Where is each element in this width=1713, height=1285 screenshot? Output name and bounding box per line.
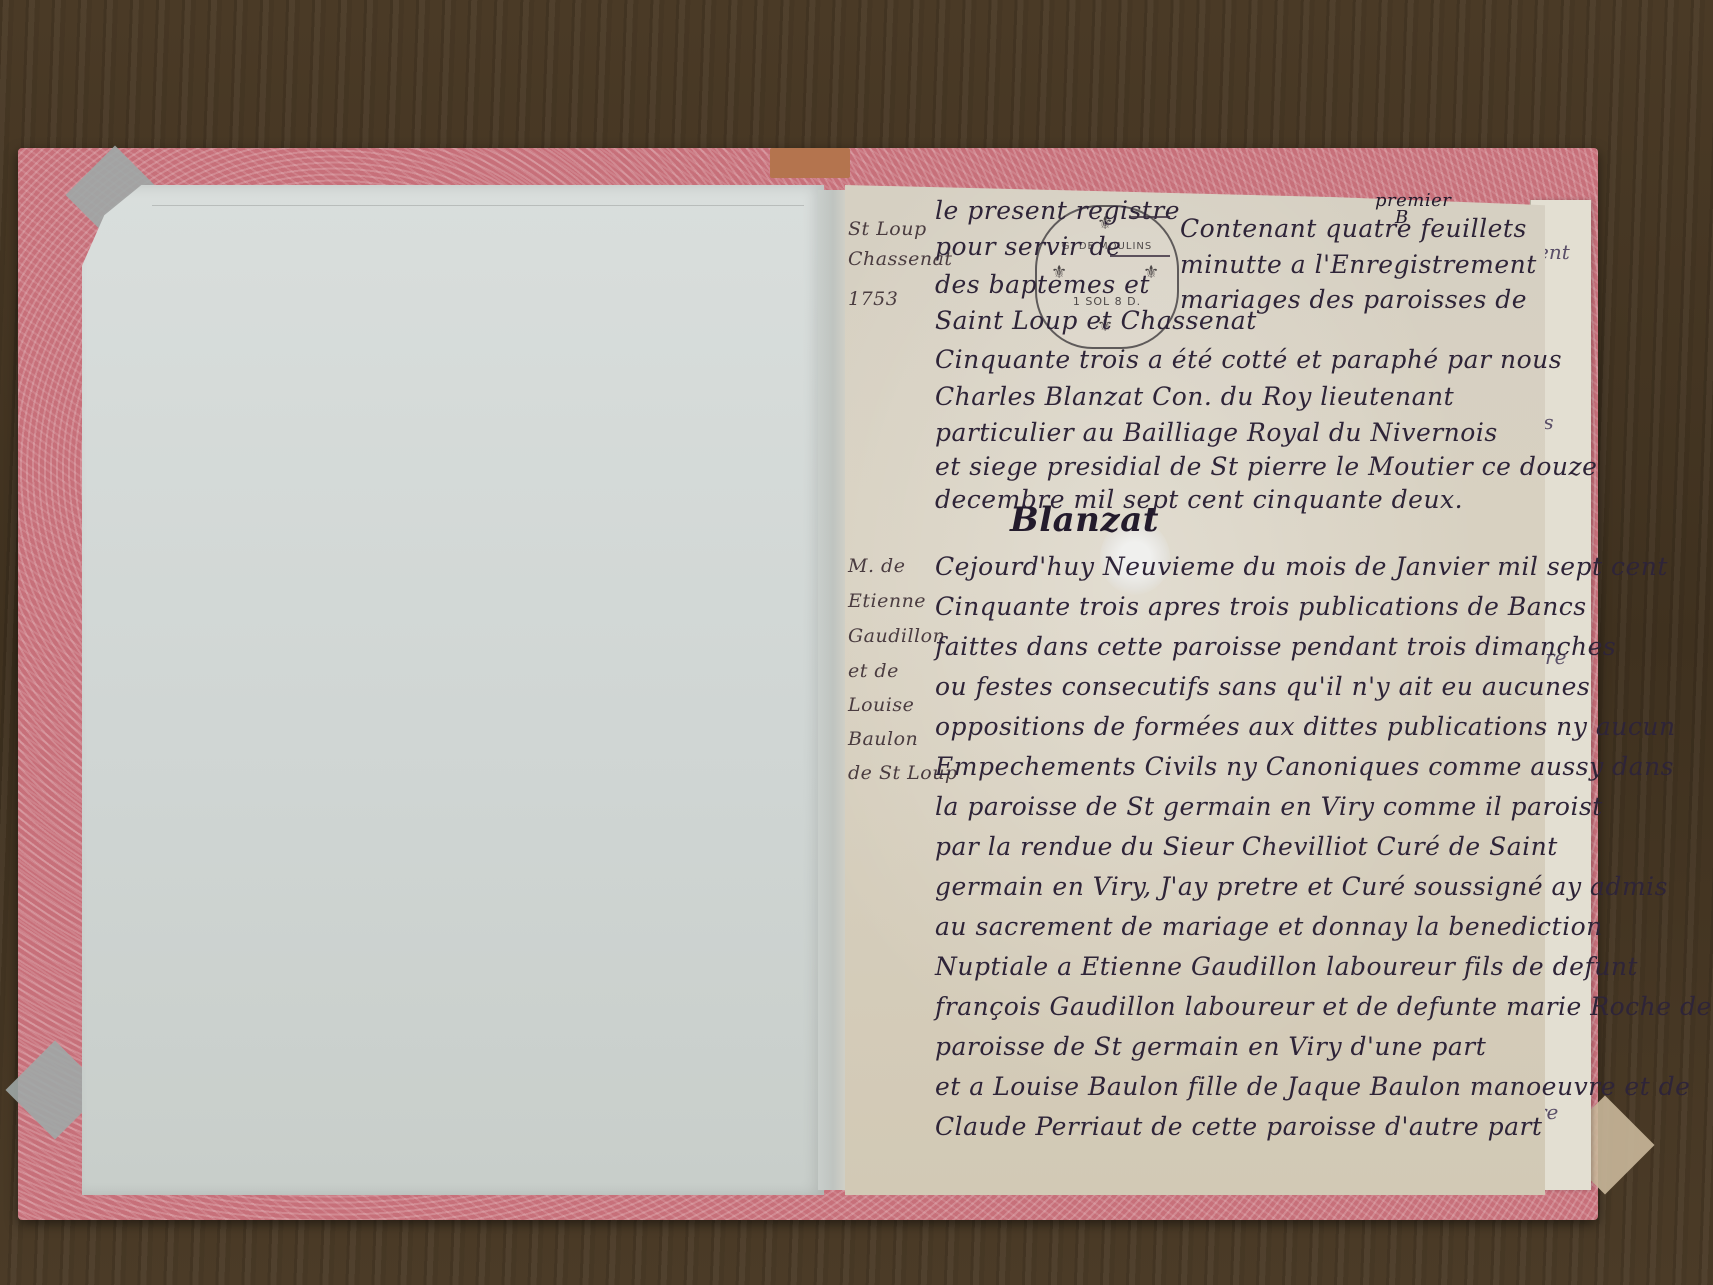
cover-leather-edge — [770, 148, 850, 178]
entry-line: la paroisse de St germain en Viry comme … — [935, 792, 1603, 821]
line-filler-dash — [1130, 216, 1170, 218]
entry-line: et a Louise Baulon fille de Jaque Baulon… — [935, 1072, 1690, 1101]
margin-note: M. de — [848, 555, 905, 577]
header-line: Cinquante trois a été cotté et paraphé p… — [935, 345, 1562, 374]
entry-line: par la rendue du Sieur Chevilliot Curé d… — [935, 832, 1558, 861]
entry-line: françois Gaudillon laboureur et de defun… — [935, 992, 1713, 1021]
annotation-premier: premier — [1375, 190, 1451, 211]
header-line: Charles Blanzat Con. du Roy lieutenant — [935, 382, 1454, 411]
signature: Blanzat — [1010, 500, 1159, 540]
margin-note: St Loup — [848, 218, 927, 240]
entry-line: Cejourd'huy Neuvieme du mois de Janvier … — [935, 552, 1668, 581]
margin-note: et de — [848, 660, 899, 682]
blank-flyleaf-page — [82, 185, 824, 1195]
header-line: et siege presidial de St pierre le Mouti… — [935, 452, 1597, 481]
margin-note: Louise — [848, 694, 914, 716]
entry-line: Cinquante trois apres trois publications… — [935, 592, 1587, 621]
entry-line: Nuptiale a Etienne Gaudillon laboureur f… — [935, 952, 1638, 981]
margin-note: Etienne — [848, 590, 926, 612]
header-line: particulier au Bailliage Royal du Nivern… — [935, 418, 1498, 447]
header-line: des baptemes et — [935, 270, 1150, 299]
entry-line: oppositions de formées aux dittes public… — [935, 712, 1676, 741]
flyleaf-fold — [152, 185, 804, 206]
margin-note: Gaudillon — [848, 625, 945, 647]
margin-note: Baulon — [848, 728, 918, 750]
book-gutter — [818, 190, 848, 1190]
entry-line: au sacrement de mariage et donnay la ben… — [935, 912, 1603, 941]
header-right-line: Contenant quatre feuillets — [1180, 214, 1527, 243]
header-right-line: mariages des paroisses de — [1180, 285, 1527, 314]
margin-note: 1753 — [848, 288, 898, 310]
entry-line: Claude Perriaut de cette paroisse d'autr… — [935, 1112, 1542, 1141]
header-line: le present registre — [935, 196, 1180, 225]
header-line: pour servir de — [935, 232, 1121, 261]
entry-line: paroisse de St germain en Viry d'une par… — [935, 1032, 1486, 1061]
header-right-line: minutte a l'Enregistrement — [1180, 250, 1537, 279]
entry-line: ou festes consecutifs sans qu'il n'y ait… — [935, 672, 1590, 701]
entry-line: Empechements Civils ny Canoniques comme … — [935, 752, 1674, 781]
entry-line: germain en Viry, J'ay pretre et Curé sou… — [935, 872, 1668, 901]
line-filler-dash — [1110, 255, 1170, 257]
entry-line: faittes dans cette paroisse pendant troi… — [935, 632, 1616, 661]
